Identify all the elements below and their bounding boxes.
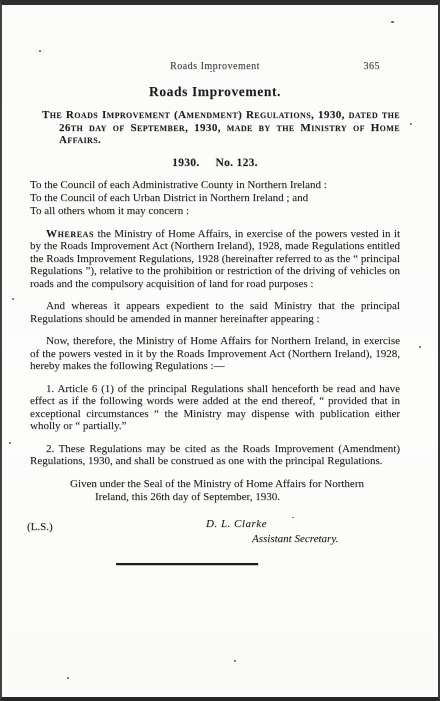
- signatory-name: D. L. Clarke: [206, 518, 267, 530]
- page-content: Roads Improvement 365 Roads Improvement.…: [30, 61, 400, 565]
- signatory-title: Assistant Secretary.: [252, 533, 338, 545]
- instrument-number-line: 1930. No. 123.: [30, 157, 400, 169]
- scanned-page: Roads Improvement 365 Roads Improvement.…: [0, 0, 440, 701]
- document-title: Roads Improvement.: [30, 84, 400, 100]
- regulation-caption: The Roads Improvement (Amendment) Regula…: [30, 109, 400, 147]
- article-2-citation: 2. These Regulations may be cited as the…: [30, 443, 400, 468]
- recital-whereas: Whereas the Ministry of Home Affairs, in…: [30, 228, 400, 291]
- addressee-line: To all others whom it may concern :: [30, 205, 400, 218]
- scan-speck: [234, 660, 236, 662]
- scan-speck: [391, 21, 394, 23]
- addressee-line: To the Council of each Administrative Co…: [30, 179, 400, 192]
- recital-lead: And whereas: [46, 300, 107, 312]
- instrument-year: 1930.: [172, 157, 199, 169]
- scan-speck: [67, 677, 69, 679]
- page-number: 365: [364, 61, 381, 72]
- addressee-list: To the Council of each Administrative Co…: [30, 179, 400, 218]
- article-1: 1. Article 6 (1) of the principal Regula…: [30, 383, 400, 433]
- signature-block: (L.S.) D. L. Clarke Assistant Secretary.: [30, 518, 400, 552]
- recital-expediency: And whereas it appears expedient to the …: [30, 300, 400, 325]
- scan-speck: [9, 442, 11, 444]
- running-header: Roads Improvement 365: [30, 61, 400, 75]
- recital-lead: Now, therefore,: [46, 335, 115, 347]
- recital-enacting-words: Now, therefore, the Ministry of Home Aff…: [30, 335, 400, 373]
- testimonium: Given under the Seal of the Ministry of …: [70, 478, 400, 505]
- scan-speck: [39, 50, 41, 52]
- scan-speck: [12, 298, 14, 300]
- running-header-title: Roads Improvement: [30, 61, 400, 72]
- seal-mark: (L.S.): [27, 521, 53, 533]
- addressee-line: To the Council of each Urban District in…: [30, 192, 400, 205]
- recital-lead: Whereas: [46, 228, 94, 240]
- scan-speck: [410, 123, 412, 125]
- instrument-number: No. 123.: [216, 157, 258, 169]
- scan-speck: [419, 346, 421, 348]
- end-rule-divider: [116, 563, 258, 565]
